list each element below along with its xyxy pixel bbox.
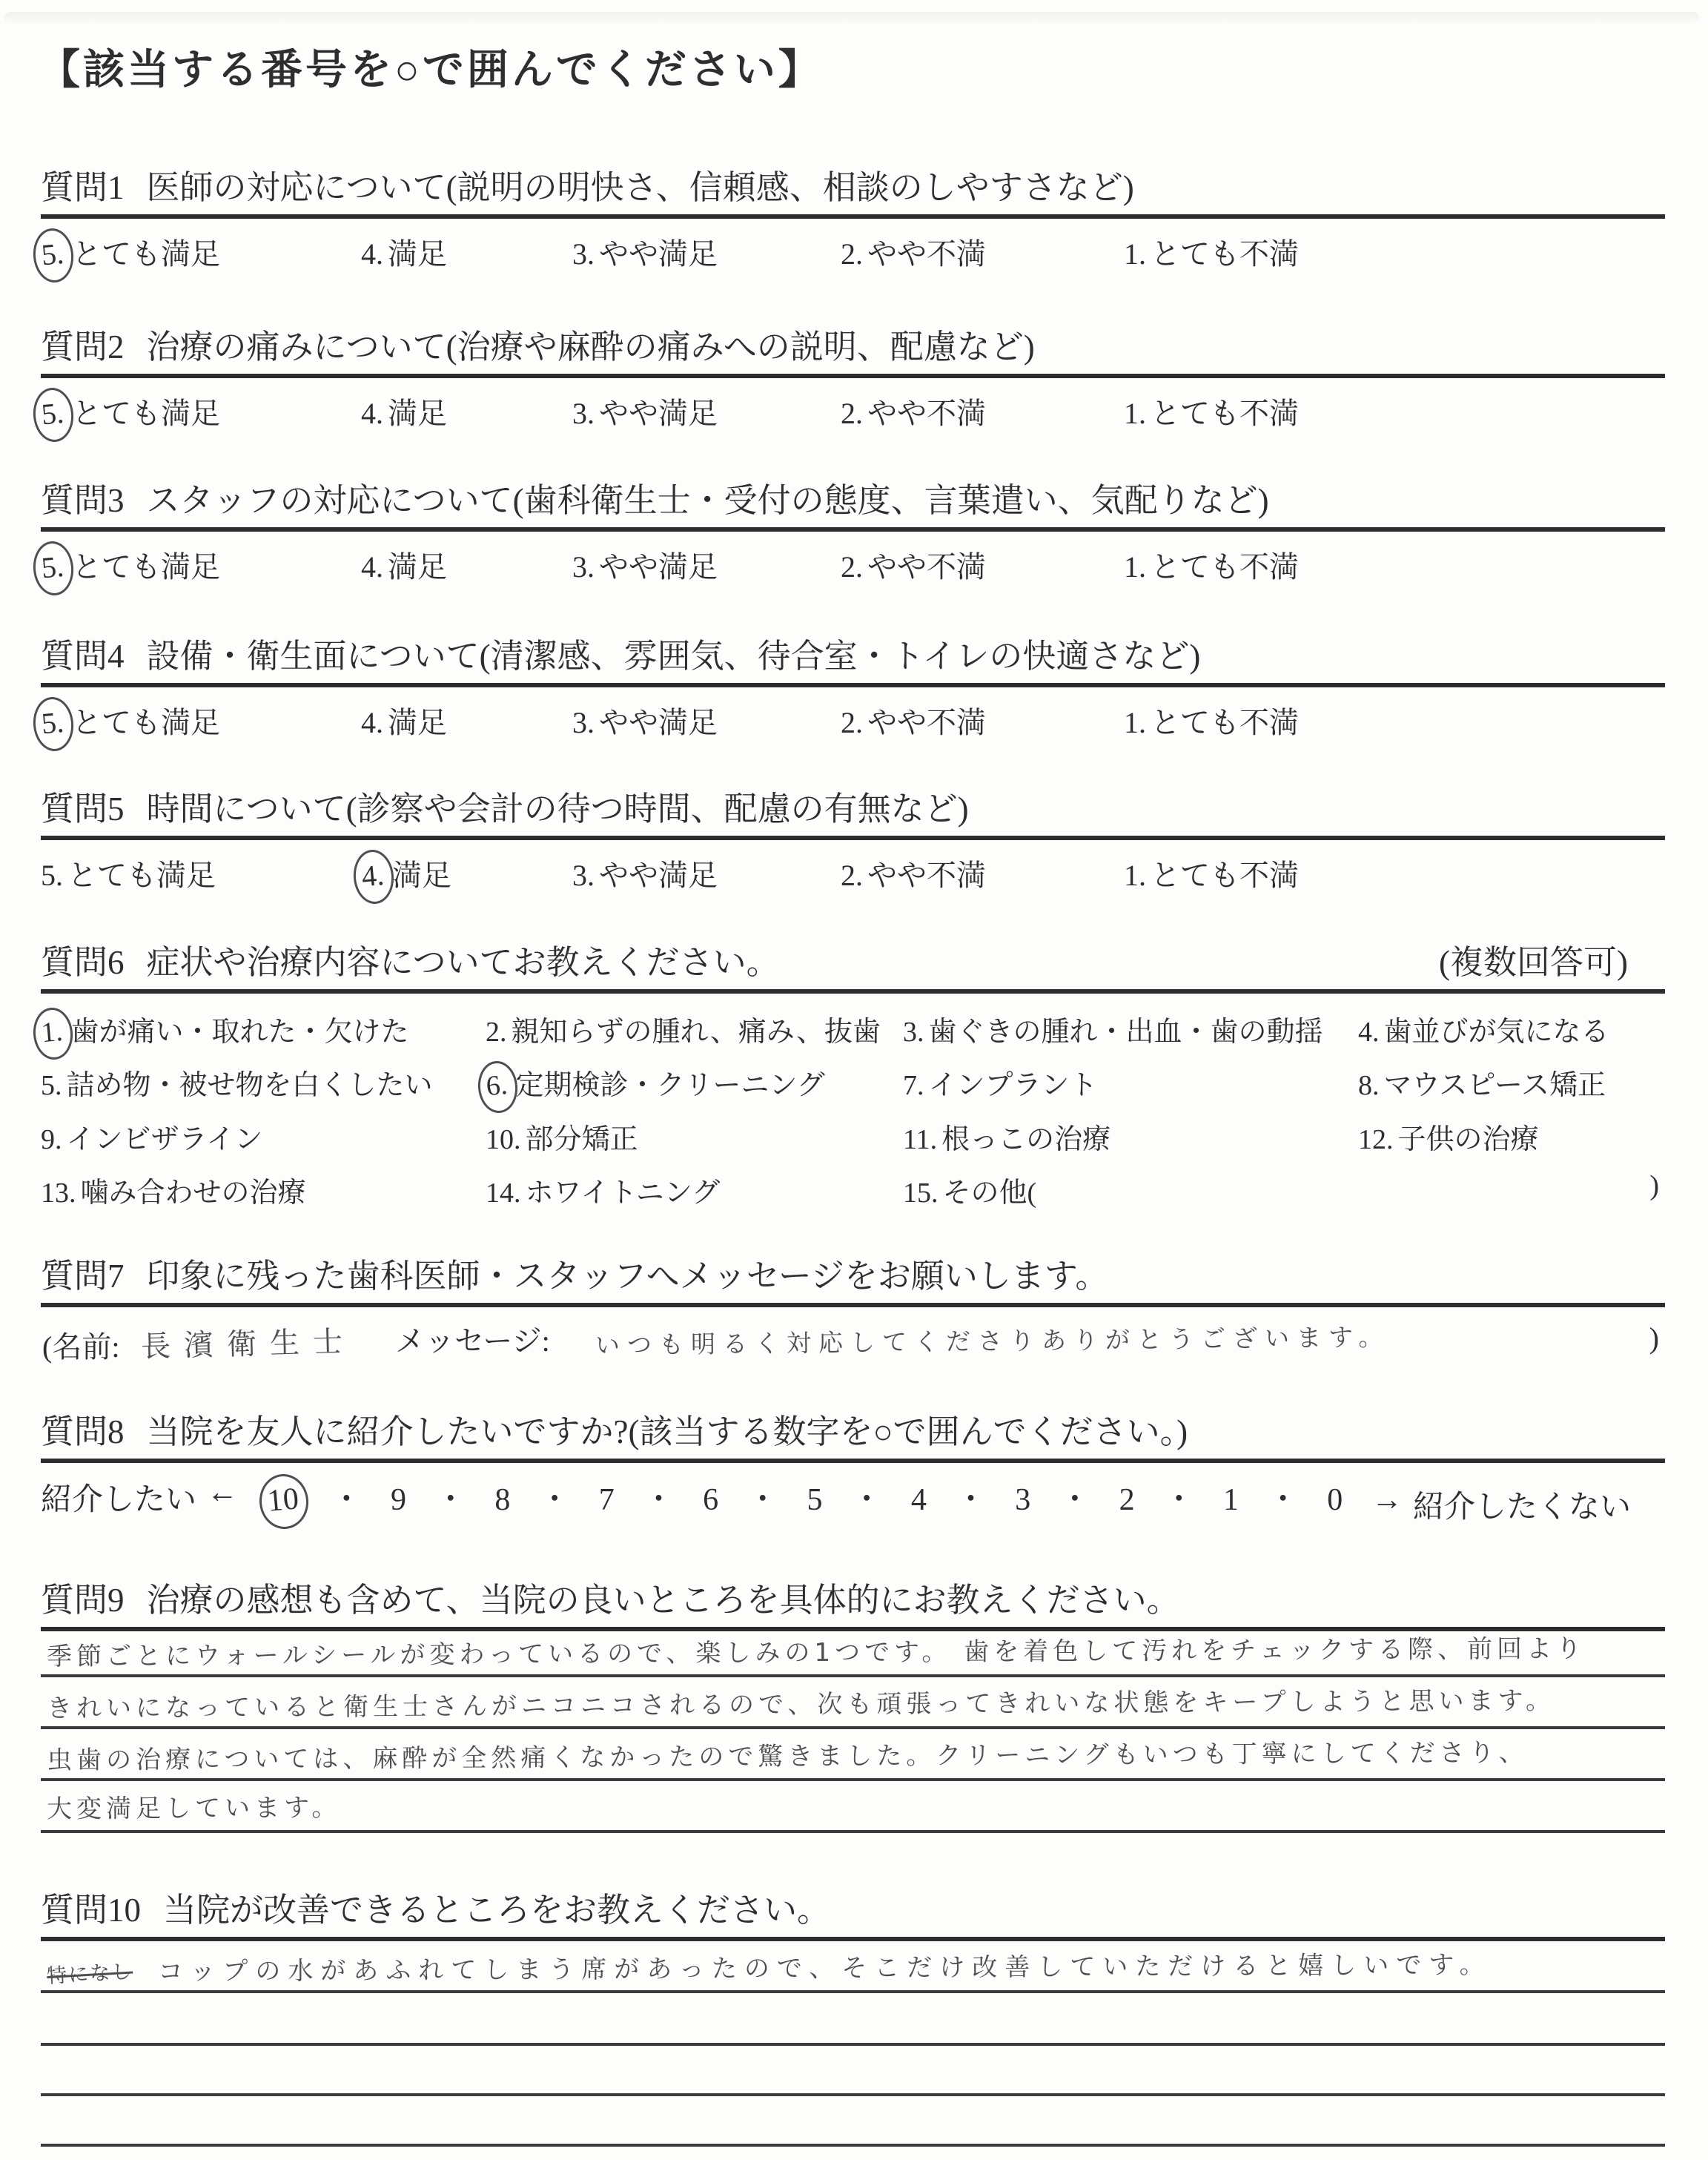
question-number: 質問1	[41, 169, 125, 206]
option-label: とても不満	[1151, 237, 1299, 271]
item-number: 3.	[903, 1017, 924, 1048]
circled-item-number: 6.	[476, 1060, 519, 1114]
option-number: 4.	[361, 550, 383, 584]
right-arrow-icon: →	[1371, 1482, 1403, 1527]
item-label: ホワイトニング	[526, 1178, 721, 1209]
question-10-block: 質問10当院が改善できるところをお教えください。 特になしコップの水があふれてし…	[41, 1889, 1665, 2147]
option-label: とても不満	[1151, 706, 1299, 739]
question-6-block: 質問6症状や治療内容についてお教えください。 (複数回答可) 1.歯が痛い・取れ…	[41, 942, 1665, 1246]
option-very-satisfied: 5.とても満足	[41, 231, 220, 273]
option-satisfied: 4.満足	[361, 699, 447, 742]
blank-answer-line	[41, 2046, 1665, 2096]
option-number: 1.	[1124, 237, 1146, 271]
scale-number: 2	[1119, 1482, 1135, 1518]
option-somewhat-satisfied: 3.やや満足	[572, 544, 718, 586]
item-label: その他(	[943, 1178, 1037, 1209]
scale-separator: ・	[747, 1475, 778, 1519]
option-label: とても不満	[1151, 550, 1299, 584]
option-somewhat-satisfied: 3.やや満足	[572, 231, 718, 273]
question-title: 治療の痛みについて(治療や麻酔の痛みへの説明、配慮など)	[147, 328, 1035, 366]
option-label: 満足	[388, 706, 447, 739]
option-number: 3.	[572, 859, 595, 892]
name-field-label: (名前:	[42, 1324, 119, 1366]
item-label: インビザライン	[67, 1124, 263, 1155]
question-5-heading: 質問5時間について(診察や会計の待つ時間、配慮の有無など)	[41, 788, 1665, 830]
item-label: 噛み合わせの治療	[81, 1178, 306, 1209]
scale-number: 5	[807, 1482, 822, 1518]
question-title: 設備・衛生面について(清潔感、雰囲気、待合室・トイレの快適さなど)	[147, 638, 1201, 675]
answer-line: 特になしコップの水があふれてしまう席があったので、そこだけ改善していただけると嬉…	[41, 1941, 1665, 1993]
option-very-satisfied: 5.とても満足	[41, 390, 220, 432]
option-number: 5.	[41, 859, 63, 892]
question-1-heading: 質問1医師の対応について(説明の明快さ、信頼感、相談のしやすさなど)	[41, 167, 1665, 208]
question-5-block: 質問5時間について(診察や会計の待つ時間、配慮の有無など) 5.とても満足 4.…	[41, 788, 1665, 898]
circled-option-number: 5.	[31, 227, 76, 284]
option-number: 2.	[841, 859, 863, 892]
symptom-item-2: 2.親知らずの腫れ、痛み、抜歯	[486, 1008, 881, 1049]
left-arrow-icon: ←	[207, 1475, 238, 1519]
handwritten-text: 特になしコップの水があふれてしまう席があったので、そこだけ改善していただけると嬉…	[47, 1944, 1492, 1988]
handwritten-message: いつも明るく対応してくださりありがとうございます。	[595, 1318, 1391, 1361]
circled-item-number: 1.	[31, 1006, 74, 1061]
option-label: とても不満	[1151, 397, 1299, 430]
question-number: 質問4	[41, 638, 125, 675]
question-8-heading: 質問8当院を友人に紹介したいですか?(該当する数字を○で囲んでください。)	[41, 1411, 1665, 1453]
circled-option-number: 5.	[31, 540, 76, 597]
option-label: やや満足	[599, 706, 718, 739]
option-very-dissatisfied: 1.とても不満	[1124, 699, 1299, 742]
option-label: やや満足	[599, 397, 718, 430]
symptom-item-10: 10.部分矯正	[486, 1116, 638, 1157]
item-number: 2.	[486, 1017, 507, 1048]
scale-right-label: 紹介したくない	[1413, 1482, 1631, 1527]
item-number: 4.	[1358, 1017, 1380, 1048]
symptom-item-1: 1.歯が痛い・取れた・欠けた	[41, 1008, 409, 1049]
question-title: 印象に残った歯科医師・スタッフへメッセージをお願いします。	[147, 1258, 1109, 1295]
option-somewhat-satisfied: 3.やや満足	[572, 852, 718, 894]
option-number: 3.	[572, 397, 595, 430]
item-number: 15.	[903, 1178, 939, 1209]
scale-number: 9	[391, 1482, 406, 1518]
question-title: 当院が改善できるところをお教えください。	[163, 1892, 830, 1929]
item-label: 詰め物・被せ物を白くしたい	[67, 1070, 433, 1101]
item-label: 歯並びが気になる	[1384, 1017, 1609, 1048]
question-title: 治療の感想も含めて、当院の良いところを具体的にお教えください。	[147, 1582, 1180, 1619]
other-close-paren: )	[1649, 1169, 1659, 1202]
option-very-satisfied: 5.とても満足	[41, 852, 216, 894]
item-number: 8.	[1358, 1070, 1380, 1101]
option-label: やや不満	[867, 397, 986, 430]
answer-line: 虫歯の治療については、麻酔が全然痛くなかったので驚きました。クリーニングもいつも…	[41, 1729, 1665, 1781]
answer-line: きれいになっていると衛生士さんがニコニコされるので、次も頑張ってきれいな状態をキ…	[41, 1677, 1665, 1729]
option-satisfied: 4.満足	[361, 852, 451, 894]
option-somewhat-satisfied: 3.やや満足	[572, 699, 718, 742]
option-label: やや不満	[867, 237, 986, 271]
message-field-label: メッセージ:	[395, 1318, 550, 1360]
option-label: 満足	[388, 550, 447, 584]
question-7-answer-row: (名前: 長濱衛生士 メッセージ: いつも明るく対応してくださりありがとうござい…	[41, 1316, 1665, 1387]
item-number: 7.	[903, 1070, 924, 1101]
scale-number: 6	[703, 1482, 718, 1518]
question-2-heading: 質問2治療の痛みについて(治療や麻酔の痛みへの説明、配慮など)	[41, 326, 1665, 368]
option-label: やや不満	[867, 859, 986, 892]
option-number: 4.	[361, 397, 383, 430]
item-label: インプラント	[929, 1070, 1098, 1101]
question-number: 質問8	[41, 1413, 125, 1450]
symptom-item-7: 7.インプラント	[903, 1062, 1098, 1103]
scale-number: 3	[1015, 1482, 1030, 1518]
option-label: やや満足	[599, 859, 718, 892]
option-very-satisfied: 5.とても満足	[41, 699, 220, 742]
circled-option-number: 5.	[31, 386, 76, 443]
item-label: 根っこの治療	[941, 1124, 1110, 1155]
scale-separator: ・	[1059, 1475, 1090, 1519]
option-label: 満足	[388, 397, 447, 430]
item-number: 12.	[1358, 1124, 1394, 1155]
option-somewhat-dissatisfied: 2.やや不満	[841, 231, 986, 273]
scale-number: 0	[1327, 1482, 1343, 1518]
question-title: 当院を友人に紹介したいですか?(該当する数字を○で囲んでください。)	[147, 1413, 1188, 1450]
scale-left-label: 紹介したい	[41, 1475, 196, 1519]
handwritten-text: きれいになっていると衛生士さんがニコニコされるので、次も頑張ってきれいな状態をキ…	[47, 1680, 1555, 1725]
option-satisfied: 4.満足	[361, 231, 447, 273]
option-label: とても満足	[72, 397, 220, 430]
item-number: 10.	[486, 1124, 521, 1155]
scale-left-group: 紹介したい ←	[41, 1475, 238, 1519]
question-10-heading: 質問10当院が改善できるところをお教えください。	[41, 1889, 1665, 1931]
question-number: 質問7	[41, 1258, 125, 1295]
question-number: 質問5	[41, 790, 125, 828]
symptom-item-12: 12.子供の治療	[1358, 1116, 1539, 1157]
scan-artifact-band	[4, 12, 1699, 24]
option-very-dissatisfied: 1.とても不満	[1124, 231, 1299, 273]
scale-number: 7	[599, 1482, 615, 1518]
symptom-item-5: 5.詰め物・被せ物を白くしたい	[41, 1062, 433, 1103]
option-label: とても満足	[72, 237, 220, 271]
option-somewhat-dissatisfied: 2.やや不満	[841, 544, 986, 586]
item-label: 歯ぐきの腫れ・出血・歯の動揺	[929, 1017, 1323, 1048]
item-number: 11.	[903, 1124, 937, 1155]
option-label: とても満足	[72, 706, 220, 739]
question-3-options: 5.とても満足 4.満足 3.やや満足 2.やや不満 1.とても不満	[41, 532, 1665, 589]
blank-answer-line	[41, 1993, 1665, 2046]
symptom-item-8: 8.マウスピース矯正	[1358, 1062, 1606, 1103]
symptom-item-4: 4.歯並びが気になる	[1358, 1008, 1609, 1049]
option-number: 3.	[572, 550, 595, 584]
question-number: 質問10	[41, 1892, 141, 1929]
option-number: 3.	[572, 237, 595, 271]
handwritten-text: 季節ごとにウォールシールが変わっているので、楽しみの1つです。 歯を着色して汚れ…	[47, 1628, 1586, 1673]
option-label: 満足	[392, 859, 451, 892]
handwritten-answer: コップの水があふれてしまう席があったので、そこだけ改善していただけると嬉しいです…	[158, 1950, 1492, 1986]
question-title: 時間について(診察や会計の待つ時間、配慮の有無など)	[147, 790, 969, 828]
option-somewhat-satisfied: 3.やや満足	[572, 390, 718, 432]
option-number: 4.	[361, 706, 383, 739]
question-title: 医師の対応について(説明の明快さ、信頼感、相談のしやすさなど)	[147, 169, 1134, 206]
option-label: 満足	[388, 237, 447, 271]
option-label: やや不満	[867, 550, 986, 584]
question-3-heading: 質問3スタッフの対応について(歯科衛生士・受付の態度、言葉遣い、気配りなど)	[41, 480, 1665, 521]
question-8-block: 質問8当院を友人に紹介したいですか?(該当する数字を○で囲んでください。) 紹介…	[41, 1411, 1665, 1527]
option-number: 2.	[841, 706, 863, 739]
question-7-block: 質問7印象に残った歯科医師・スタッフへメッセージをお願いします。 (名前: 長濱…	[41, 1255, 1665, 1387]
question-2-options: 5.とても満足 4.満足 3.やや満足 2.やや不満 1.とても不満	[41, 378, 1665, 436]
answer-line: 季節ごとにウォールシールが変わっているので、楽しみの1つです。 歯を着色して汚れ…	[41, 1631, 1665, 1677]
scale-separator: ・	[331, 1475, 362, 1519]
struck-out-text: 特になし	[46, 1955, 133, 1989]
question-5-options: 5.とても満足 4.満足 3.やや満足 2.やや不満 1.とても不満	[41, 840, 1665, 898]
question-3-block: 質問3スタッフの対応について(歯科衛生士・受付の態度、言葉遣い、気配りなど) 5…	[41, 480, 1665, 589]
answer-line: 大変満足しています。	[41, 1781, 1665, 1833]
scale-number: 8	[494, 1482, 510, 1518]
option-label: やや満足	[599, 550, 718, 584]
scale-right-group: → 紹介したくない	[1371, 1482, 1631, 1527]
scale-separator: ・	[435, 1475, 466, 1519]
option-satisfied: 4.満足	[361, 390, 447, 432]
option-number: 3.	[572, 706, 595, 739]
option-label: やや不満	[867, 706, 986, 739]
question-1-options: 5.とても満足 4.満足 3.やや満足 2.やや不満 1.とても不満	[41, 219, 1665, 277]
item-number: 9.	[41, 1124, 62, 1155]
option-label: とても満足	[72, 550, 220, 584]
question-number: 質問6	[41, 944, 125, 981]
option-somewhat-dissatisfied: 2.やや不満	[841, 699, 986, 742]
question-2-block: 質問2治療の痛みについて(治療や麻酔の痛みへの説明、配慮など) 5.とても満足 …	[41, 326, 1665, 436]
scale-number: 1	[1223, 1482, 1239, 1518]
question-6-items: 1.歯が痛い・取れた・欠けた 2.親知らずの腫れ、痛み、抜歯 3.歯ぐきの腫れ・…	[41, 994, 1665, 1246]
handwritten-text: 虫歯の治療については、麻酔が全然痛くなかったので驚きました。クリーニングもいつも…	[47, 1732, 1529, 1776]
item-label: 歯が痛い・取れた・欠けた	[71, 1017, 409, 1048]
item-label: マウスピース矯正	[1384, 1070, 1606, 1101]
scale-separator: ・	[1163, 1475, 1194, 1519]
scale-separator: ・	[956, 1475, 987, 1519]
option-number: 2.	[841, 397, 863, 430]
question-number: 質問3	[41, 482, 125, 519]
symptom-item-13: 13.噛み合わせの治療	[41, 1169, 306, 1210]
scale-separator: ・	[539, 1475, 570, 1519]
question-1-block: 質問1医師の対応について(説明の明快さ、信頼感、相談のしやすさなど) 5.とても…	[41, 167, 1665, 277]
option-number: 1.	[1124, 859, 1146, 892]
symptom-item-11: 11.根っこの治療	[903, 1116, 1110, 1157]
symptom-item-9: 9.インビザライン	[41, 1116, 262, 1157]
option-very-satisfied: 5.とても満足	[41, 544, 220, 586]
option-number: 1.	[1124, 397, 1146, 430]
circled-scale-number: 10	[257, 1472, 311, 1530]
scale-number: 4	[911, 1482, 927, 1518]
option-number: 2.	[841, 237, 863, 271]
blank-answer-line	[41, 2096, 1665, 2147]
form-title: 【該当する番号を○で囲んでください】	[39, 37, 823, 96]
question-4-heading: 質問4設備・衛生面について(清潔感、雰囲気、待合室・トイレの快適さなど)	[41, 635, 1665, 677]
option-very-dissatisfied: 1.とても不満	[1124, 544, 1299, 586]
scale-separator: ・	[643, 1475, 674, 1519]
option-somewhat-dissatisfied: 2.やや不満	[841, 852, 986, 894]
item-number: 5.	[41, 1070, 62, 1101]
symptom-item-3: 3.歯ぐきの腫れ・出血・歯の動揺	[903, 1008, 1323, 1049]
heading-rule	[41, 1303, 1665, 1307]
item-number: 13.	[41, 1178, 76, 1209]
question-9-heading: 質問9治療の感想も含めて、当院の良いところを具体的にお教えください。	[41, 1579, 1665, 1621]
option-number: 1.	[1124, 550, 1146, 584]
heading-rule	[41, 1459, 1665, 1463]
scale-separator: ・	[851, 1475, 882, 1519]
question-4-block: 質問4設備・衛生面について(清潔感、雰囲気、待合室・トイレの快適さなど) 5.と…	[41, 635, 1665, 745]
option-satisfied: 4.満足	[361, 544, 447, 586]
option-label: とても満足	[67, 859, 216, 892]
question-number: 質問2	[41, 328, 125, 366]
question-title: 症状や治療内容についてお教えください。	[147, 944, 780, 981]
close-paren: )	[1649, 1321, 1659, 1355]
option-somewhat-dissatisfied: 2.やや不満	[841, 390, 986, 432]
option-number: 4.	[361, 237, 383, 271]
item-label: 親知らずの腫れ、痛み、抜歯	[512, 1017, 881, 1048]
circled-option-number: 5.	[31, 696, 76, 753]
circled-option-number: 4.	[351, 848, 396, 905]
item-label: 部分矯正	[526, 1124, 638, 1155]
option-number: 2.	[841, 550, 863, 584]
scanned-survey-page: 【該当する番号を○で囲んでください】 質問1医師の対応について(説明の明快さ、信…	[0, 0, 1708, 2160]
recommend-scale-row: 紹介したい ← 10 ・ 9 ・ 8 ・ 7 ・ 6 ・ 5 ・ 4 ・ 3 ・…	[41, 1475, 1665, 1527]
symptom-item-6: 6.定期検診・クリーニング	[486, 1062, 825, 1103]
question-4-options: 5.とても満足 4.満足 3.やや満足 2.やや不満 1.とても不満	[41, 687, 1665, 745]
handwritten-text: 大変満足しています。	[47, 1787, 342, 1825]
question-9-block: 質問9治療の感想も含めて、当院の良いところを具体的にお教えください。 季節ごとに…	[41, 1579, 1665, 1833]
question-title: スタッフの対応について(歯科衛生士・受付の態度、言葉遣い、気配りなど)	[147, 482, 1269, 519]
question-number: 質問9	[41, 1582, 125, 1619]
option-label: とても不満	[1151, 859, 1299, 892]
handwritten-name: 長濱衛生士	[140, 1318, 356, 1366]
multiple-answers-note: (複数回答可)	[1439, 942, 1628, 983]
scale-separator: ・	[1268, 1475, 1299, 1519]
symptom-item-14: 14.ホワイトニング	[486, 1169, 720, 1210]
item-label: 定期検診・クリーニング	[516, 1070, 825, 1101]
question-6-heading: 質問6症状や治療内容についてお教えください。 (複数回答可)	[41, 942, 1665, 983]
item-number: 14.	[486, 1178, 521, 1209]
question-7-heading: 質問7印象に残った歯科医師・スタッフへメッセージをお願いします。	[41, 1255, 1665, 1297]
option-label: やや満足	[599, 237, 718, 271]
item-label: 子供の治療	[1398, 1124, 1539, 1155]
option-very-dissatisfied: 1.とても不満	[1124, 852, 1299, 894]
option-number: 1.	[1124, 706, 1146, 739]
symptom-item-15-other: 15.その他(	[903, 1169, 1036, 1210]
option-very-dissatisfied: 1.とても不満	[1124, 390, 1299, 432]
